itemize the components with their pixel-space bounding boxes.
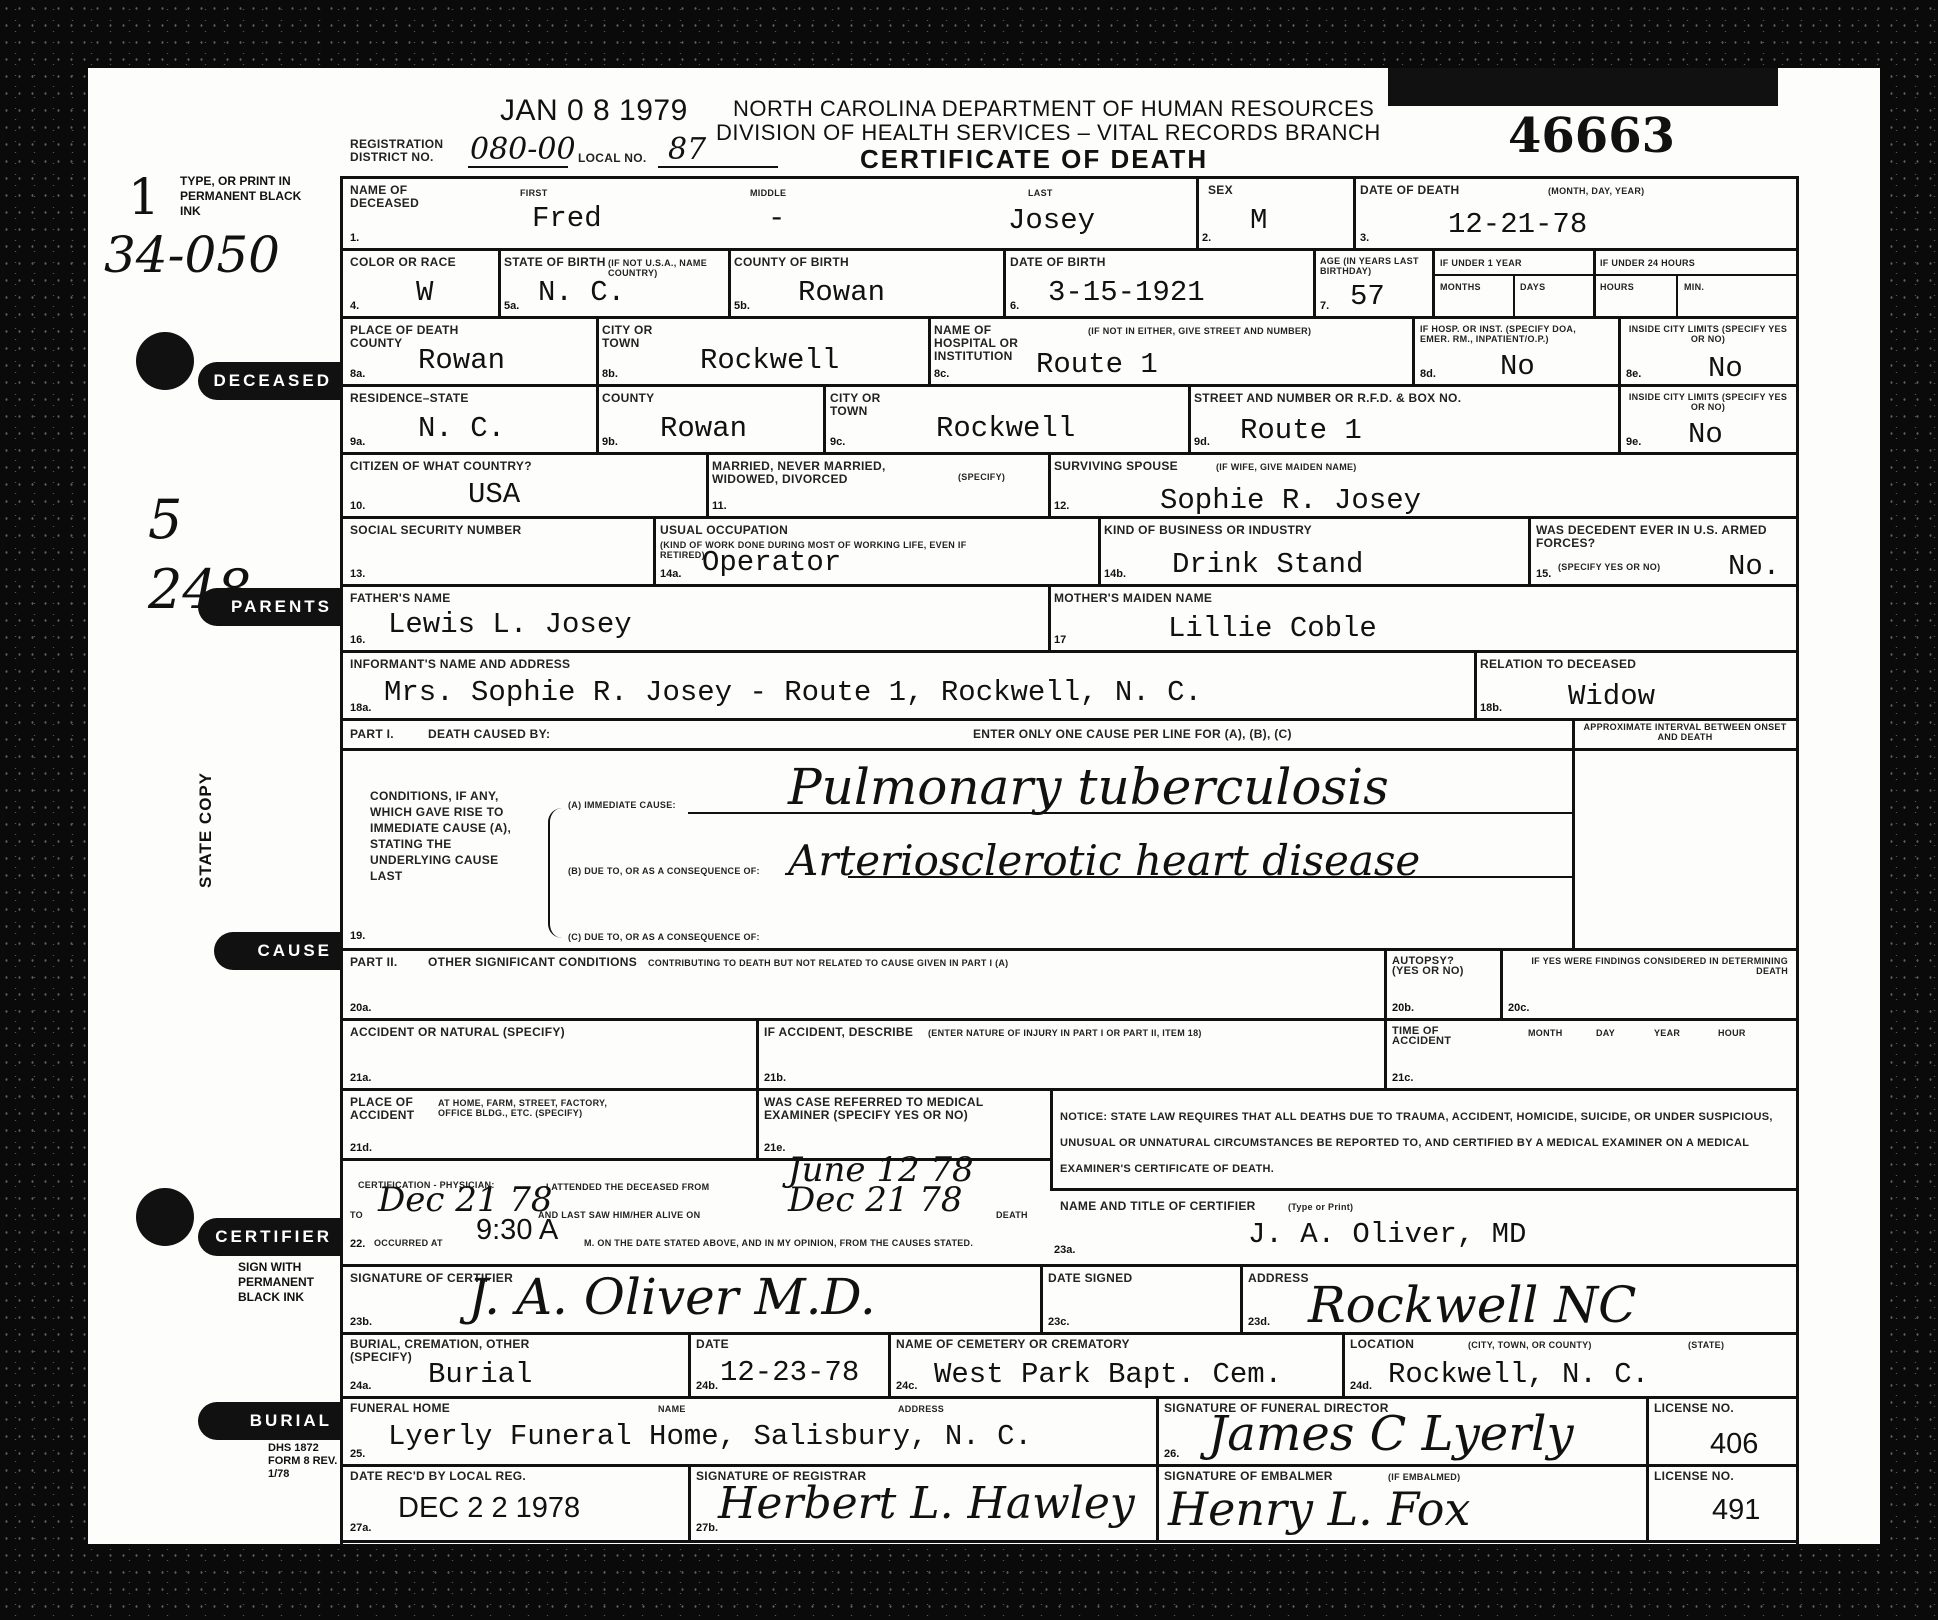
name-label: NAME OF DECEASED [350,184,440,210]
hosp-inst: No [1500,350,1535,383]
ssn-label: SOCIAL SECURITY NUMBER [350,524,522,537]
armed-forces-label: WAS DECEDENT EVER IN U.S. ARMED FORCES? [1536,524,1786,550]
embalmer-signature: Henry L. Fox [1168,1482,1470,1536]
funeral-home: Lyerly Funeral Home, Salisbury, N. C. [388,1420,1032,1453]
embalmer-license: 491 [1712,1494,1760,1527]
marital-hint: (SPECIFY) [958,472,1005,482]
hospital-hint: (IF NOT IN EITHER, GIVE STREET AND NUMBE… [1088,326,1348,336]
autopsy-label: AUTOPSY? (YES OR NO) [1392,956,1482,976]
part2-label: PART II. [350,956,398,969]
immediate-cause: Pulmonary tuberculosis [788,758,1389,816]
certifier-name: J. A. Oliver, MD [1248,1218,1526,1251]
director-license-label: LICENSE NO. [1654,1402,1734,1415]
attended-label: I ATTENDED THE DECEASED FROM [546,1182,709,1192]
county-of-birth: Rowan [798,276,885,309]
last-label: LAST [1028,188,1053,198]
inside-city-label: INSIDE CITY LIMITS (SPECIFY YES OR NO) [1628,324,1788,344]
embalmer-license-label: LICENSE NO. [1654,1470,1734,1483]
brace [548,808,564,938]
local-no: 87 [668,132,706,167]
informant-label: INFORMANT'S NAME AND ADDRESS [350,658,570,671]
state-of-birth: N. C. [538,276,625,309]
punch-hole [136,1188,194,1246]
marital-label: MARRIED, NEVER MARRIED, WIDOWED, DIVORCE… [712,460,932,486]
registrar-signature: Herbert L. Hawley [718,1478,1135,1529]
state-of-birth-hint: (IF NOT U.S.A., NAME COUNTRY) [608,258,718,278]
time-of-accident-label: TIME OF ACCIDENT [1392,1026,1472,1046]
other-conditions-hint: CONTRIBUTING TO DEATH BUT NOT RELATED TO… [648,958,1008,968]
interval-label: APPROXIMATE INTERVAL BETWEEN ONSET AND D… [1580,722,1790,742]
medical-examiner-label: WAS CASE REFERRED TO MEDICAL EXAMINER (S… [764,1096,1024,1122]
registration-label: REGISTRATION DISTRICT NO. [350,138,470,164]
inside-city-death: No [1708,352,1743,385]
county-of-birth-label: COUNTY OF BIRTH [734,256,849,269]
document-title: CERTIFICATE OF DEATH [860,144,1208,175]
inside-city-label: INSIDE CITY LIMITS (SPECIFY YES OR NO) [1628,392,1788,412]
relation-label: RELATION TO DECEASED [1480,658,1636,671]
armed-forces: No. [1728,550,1780,583]
date-of-death: 12-21-78 [1448,208,1587,241]
citizen-label: CITIZEN OF WHAT COUNTRY? [350,460,532,473]
ink-instruction: TYPE, OR PRINT IN PERMANENT BLACK INK [180,174,320,219]
first-name: Fred [532,202,602,235]
father-name: Lewis L. Josey [388,608,632,641]
min-label: MIN. [1684,282,1704,292]
under-1-year-label: IF UNDER 1 YEAR [1440,258,1522,268]
pod-city: Rockwell [700,344,839,377]
burial-location: Rockwell, N. C. [1388,1358,1649,1391]
age: 57 [1350,280,1385,313]
disposition-date-label: DATE [696,1338,729,1351]
section-tab-parents: PARENTS [198,588,340,626]
opinion-text: M. ON THE DATE STATED ABOVE, AND IN MY O… [584,1238,1044,1248]
first-label: FIRST [520,188,548,198]
residence-state: N. C. [418,412,505,445]
occupation: Operator [702,546,841,579]
accident-natural-label: ACCIDENT OR NATURAL (SPECIFY) [350,1026,565,1039]
time-col-month: MONTH [1528,1028,1563,1038]
dob-label: DATE OF BIRTH [1010,256,1106,269]
race-label: COLOR OR RACE [350,256,456,269]
place-accident-hint: AT HOME, FARM, STREET, FACTORY, OFFICE B… [438,1098,638,1118]
state-of-birth-label: STATE OF BIRTH [504,256,606,269]
hospital-label: NAME OF HOSPITAL OR INSTITUTION [934,324,1034,363]
part1-label: PART I. [350,728,394,741]
time-col-year: YEAR [1654,1028,1680,1038]
to-label: TO [350,1210,363,1220]
section-tab-certifier: CERTIFIER [198,1218,340,1256]
certifier-name-hint: (Type or Print) [1288,1202,1353,1212]
redaction-bar [1388,68,1778,106]
death-caused-by-label: DEATH CAUSED BY: [428,728,550,741]
age-label: AGE (IN YEARS LAST BIRTHDAY) [1320,256,1430,276]
conditions-label: CONDITIONS, IF ANY, WHICH GAVE RISE TO I… [370,788,530,884]
place-accident-label: PLACE OF ACCIDENT [350,1096,430,1122]
sex: M [1250,204,1267,237]
local-no-label: LOCAL NO. [578,152,646,165]
certifier-ink-note: SIGN WITH PERMANENT BLACK INK [238,1260,338,1305]
other-conditions-label: OTHER SIGNIFICANT CONDITIONS [428,956,637,969]
margin-code: 34-050 [104,226,280,284]
surviving-spouse: Sophie R. Josey [1160,484,1421,517]
notice-text: NOTICE: STATE LAW REQUIRES THAT ALL DEAT… [1060,1104,1780,1182]
spouse-label: SURVIVING SPOUSE [1054,460,1178,473]
hours-label: HOURS [1600,282,1634,292]
embalmer-hint: (IF EMBALMED) [1388,1472,1460,1482]
cause-b-label: (b) DUE TO, OR AS A CONSEQUENCE OF: [568,866,760,876]
relation: Widow [1568,680,1655,713]
months-label: MONTHS [1440,282,1481,292]
state-copy-label: STATE COPY [196,772,216,888]
time-of-death: 9:30 A [476,1214,558,1247]
father-label: FATHER'S NAME [350,592,451,605]
department-line: NORTH CAROLINA DEPARTMENT OF HUMAN RESOU… [733,96,1374,122]
race: W [416,276,433,309]
residence-street: Route 1 [1240,414,1362,447]
under-24-hours-label: IF UNDER 24 HOURS [1600,258,1695,268]
cemetery-label: NAME OF CEMETERY OR CREMATORY [896,1338,1130,1351]
mother-label: MOTHER'S MAIDEN NAME [1054,592,1212,605]
date-received: DEC 2 2 1978 [398,1492,580,1525]
spouse-hint: (IF WIFE, GIVE MAIDEN NAME) [1216,462,1357,472]
margin-code: 5 [148,488,182,551]
residence-county-label: COUNTY [602,392,654,405]
hospital: Route 1 [1036,348,1158,381]
location-hint: (CITY, TOWN, OR COUNTY) [1468,1340,1592,1350]
inside-city-residence: No [1688,418,1723,451]
section-tab-burial: BURIAL [198,1402,340,1440]
funeral-home-label: FUNERAL HOME [350,1402,450,1415]
days-label: DAYS [1520,282,1545,292]
date-signed-label: DATE SIGNED [1048,1272,1132,1285]
section-tab-cause: CAUSE [214,932,340,970]
received-stamp: JAN 0 8 1979 [500,94,688,128]
state-label: (STATE) [1688,1340,1724,1350]
residence-street-label: STREET AND NUMBER OR R.F.D. & BOX NO. [1194,392,1461,405]
residence-state-label: RESIDENCE–STATE [350,392,469,405]
occurred-label: OCCURRED AT [374,1238,443,1248]
division-line: DIVISION OF HEALTH SERVICES – VITAL RECO… [716,120,1381,146]
industry-label: KIND OF BUSINESS OR INDUSTRY [1104,524,1312,537]
funeral-home-name-label: NAME [658,1404,686,1414]
hosp-inst-label: IF HOSP. OR INST. (Specify DOA, Emer. Rm… [1420,324,1580,344]
registration-district: 080-00 [470,132,576,167]
death-certificate: JAN 0 8 1979 NORTH CAROLINA DEPARTMENT O… [88,68,1880,1544]
time-col-day: DAY [1596,1028,1615,1038]
director-license: 406 [1710,1428,1758,1461]
one-cause-label: ENTER ONLY ONE CAUSE PER LINE FOR (a), (… [973,728,1292,741]
director-signature: James C Lyerly [1208,1406,1574,1462]
disposition-date: 12-23-78 [720,1356,859,1389]
accident-describe-hint: (ENTER NATURE OF INJURY IN PART I OR PAR… [928,1028,1202,1038]
last-name: Josey [1008,204,1095,237]
dod-label: DATE OF DEATH [1360,184,1459,197]
last-saw-alive: Dec 21 78 [788,1180,963,1220]
residence-county: Rowan [660,412,747,445]
dod-hint: (MONTH, DAY, YEAR) [1548,186,1644,196]
pod-city-label: CITY OR TOWN [602,324,662,350]
mother-maiden-name: Lillie Coble [1168,612,1377,645]
informant: Mrs. Sophie R. Josey - Route 1, Rockwell… [384,676,1202,709]
death-label: DEATH [996,1210,1028,1220]
residence-city-label: CITY OR TOWN [830,392,890,418]
residence-city: Rockwell [936,412,1075,445]
middle-label: MIDDLE [750,188,786,198]
sex-label: SEX [1208,184,1233,197]
address-label: ADDRESS [1248,1272,1309,1285]
middle-name: - [768,202,785,235]
form-id: DHS 1872 FORM 8 REV. 1/78 [268,1442,348,1481]
location-label: LOCATION [1350,1338,1414,1351]
date-received-label: DATE REC'D BY LOCAL REG. [350,1470,526,1483]
cause-c-label: (c) DUE TO, OR AS A CONSEQUENCE OF: [568,932,760,942]
accident-describe-label: IF ACCIDENT, DESCRIBE [764,1026,913,1039]
occupation-label: USUAL OCCUPATION [660,524,788,537]
pod-county: Rowan [418,344,505,377]
margin-code: 1 [128,168,160,226]
last-saw-label: AND LAST SAW HIM/HER ALIVE ON [538,1210,700,1220]
date-of-birth: 3-15-1921 [1048,276,1205,309]
certifier-address: Rockwell NC [1308,1276,1636,1334]
cemetery: West Park Bapt. Cem. [934,1358,1282,1391]
disposition-method: Burial [428,1358,532,1391]
time-col-hour: HOUR [1718,1028,1746,1038]
findings-label: IF YES WERE FINDINGS CONSIDERED IN DETER… [1508,956,1788,976]
punch-hole [136,332,194,390]
certificate-number: 46663 [1508,108,1675,164]
certifier-signature: J. A. Oliver M.D. [468,1268,876,1326]
cause-a-label: (a) IMMEDIATE CAUSE: [568,800,676,810]
funeral-home-address-label: ADDRESS [898,1404,944,1414]
industry: Drink Stand [1172,548,1363,581]
armed-forces-hint: (SPECIFY YES OR NO) [1558,562,1660,572]
section-tab-deceased: DECEASED [198,362,340,400]
citizenship: USA [468,478,520,511]
certifier-name-label: NAME AND TITLE OF CERTIFIER [1060,1200,1256,1213]
